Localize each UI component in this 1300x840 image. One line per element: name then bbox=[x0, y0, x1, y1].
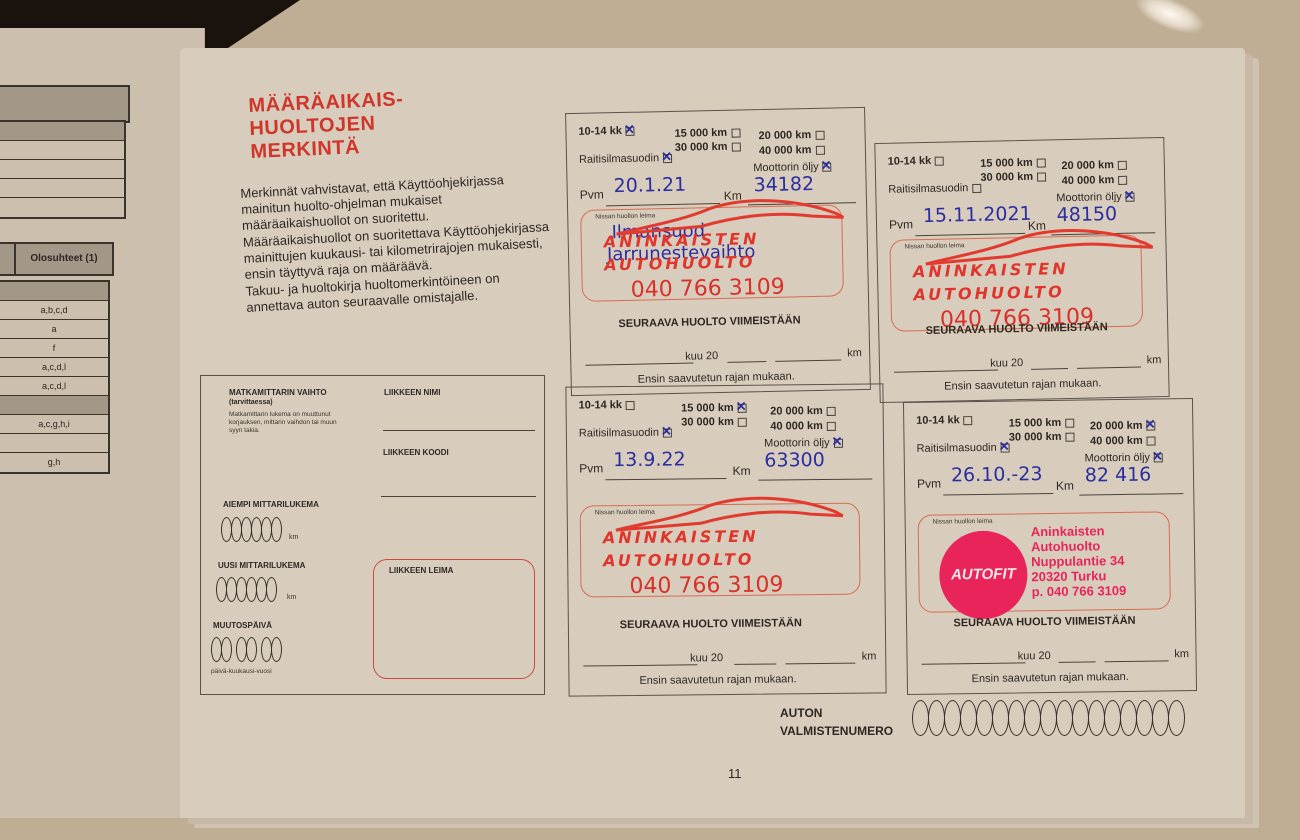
conditions-row: a,c,d,l bbox=[0, 377, 108, 396]
label-air-filter: Raitisilmasuodin bbox=[579, 427, 659, 440]
vin-field[interactable] bbox=[912, 700, 1184, 736]
stamp-label: Nissan huollon leima bbox=[933, 518, 993, 526]
new-reading-field[interactable] bbox=[216, 577, 276, 602]
month-year-label: kuu 20 bbox=[1018, 650, 1051, 662]
next-service-label: SEURAAVA HUOLTO VIIMEISTÄÄN bbox=[618, 314, 800, 330]
vin-digit-box[interactable] bbox=[1056, 700, 1073, 736]
label-15000km: 15 000 km bbox=[674, 127, 727, 140]
service-km[interactable]: 34182 bbox=[753, 173, 814, 196]
change-date-label: MUUTOSPÄIVÄ bbox=[213, 621, 272, 630]
vin-digit-box[interactable] bbox=[944, 700, 961, 736]
vin-digit-box[interactable] bbox=[1120, 700, 1137, 736]
vin-digit-box[interactable] bbox=[928, 700, 945, 736]
business-name-field[interactable] bbox=[383, 430, 535, 431]
label-date: Pvm bbox=[889, 217, 913, 231]
checkbox-km20[interactable] bbox=[1118, 160, 1127, 169]
checkbox-air_filter[interactable] bbox=[1001, 443, 1010, 452]
next-service-label: SEURAAVA HUOLTO VIIMEISTÄÄN bbox=[620, 617, 802, 631]
month-year-label: kuu 20 bbox=[990, 357, 1023, 370]
business-stamp-area: LIIKKEEN LEIMA bbox=[373, 559, 535, 679]
service-record-4: 10-14 kk 15 000 km 20 000 km 30 000 km 4… bbox=[903, 398, 1197, 695]
label-air-filter: Raitisilmasuodin bbox=[917, 442, 997, 455]
next-service-label: SEURAAVA HUOLTO VIIMEISTÄÄN bbox=[926, 321, 1108, 337]
left-table-top bbox=[0, 85, 130, 123]
stamp-text-line: Aninkaisten bbox=[1031, 523, 1105, 539]
next-service-label: SEURAAVA HUOLTO VIIMEISTÄÄN bbox=[953, 615, 1135, 630]
label-20000km: 20 000 km bbox=[1090, 420, 1143, 433]
checkbox-air_filter[interactable] bbox=[663, 428, 672, 437]
stamp-text-line: Nuppulantie 34 bbox=[1031, 553, 1124, 569]
stamp-name-1: ANINKAISTEN bbox=[604, 229, 760, 251]
checkbox-engine_oil[interactable] bbox=[1126, 192, 1135, 201]
checkbox-km30[interactable] bbox=[738, 417, 747, 426]
page-number: 11 bbox=[728, 766, 742, 781]
label-date: Pvm bbox=[580, 187, 604, 201]
next-service-km-field[interactable] bbox=[1105, 660, 1169, 662]
label-40000km: 40 000 km bbox=[1062, 174, 1115, 187]
next-service-year-field[interactable] bbox=[735, 663, 776, 664]
service-record-2: 10-14 kk 15 000 km 20 000 km 30 000 km 4… bbox=[874, 137, 1169, 403]
left-table-middle bbox=[0, 120, 126, 219]
label-months: 10-14 kk bbox=[578, 125, 622, 138]
label-date: Pvm bbox=[579, 461, 603, 475]
business-code-field[interactable] bbox=[381, 496, 536, 497]
service-stamp-area: Nissan huollon leima AUTOFIT Aninkaisten… bbox=[918, 511, 1171, 613]
checkbox-km30[interactable] bbox=[1065, 432, 1074, 441]
conditions-row: g,h bbox=[0, 453, 108, 472]
next-service-month-field[interactable] bbox=[583, 664, 697, 666]
first-reached-note: Ensin saavutetun rajan mukaan. bbox=[944, 377, 1101, 392]
vin-label-line: VALMISTENUMERO bbox=[780, 722, 893, 740]
new-reading-label: UUSI MITTARILUKEMA bbox=[218, 561, 305, 570]
conditions-row bbox=[0, 282, 108, 301]
conditions-row: a,c,g,h,i bbox=[0, 415, 108, 434]
label-30000km: 30 000 km bbox=[1009, 431, 1062, 444]
vin-digit-box[interactable] bbox=[1136, 700, 1153, 736]
left-table-conditions: a,b,c,dafa,c,d,la,c,d,la,c,g,h,ig,h bbox=[0, 280, 110, 474]
checkbox-km15[interactable] bbox=[738, 403, 747, 412]
checkbox-km15[interactable] bbox=[1065, 418, 1074, 427]
change-date-field[interactable] bbox=[211, 637, 281, 662]
checkbox-km20[interactable] bbox=[827, 406, 836, 415]
first-reached-note: Ensin saavutetun rajan mukaan. bbox=[638, 370, 795, 385]
km-unit-label: km bbox=[847, 347, 862, 359]
label-40000km: 40 000 km bbox=[770, 420, 823, 433]
previous-reading-label: AIEMPI MITTARILUKEMA bbox=[223, 500, 319, 509]
vin-digit-box[interactable] bbox=[1168, 700, 1185, 736]
stamp-name-2: AUTOHUOLTO bbox=[913, 282, 1065, 304]
next-service-km-field[interactable] bbox=[786, 663, 856, 665]
checkbox-km40[interactable] bbox=[827, 421, 836, 430]
stamp-text-line: p. 040 766 3109 bbox=[1032, 583, 1127, 599]
stamp-text-line: Autohuolto bbox=[1031, 538, 1101, 554]
label-air-filter: Raitisilmasuodin bbox=[579, 152, 659, 166]
conditions-row bbox=[0, 396, 108, 415]
conditions-row: a bbox=[0, 320, 108, 339]
month-year-label: kuu 20 bbox=[685, 350, 718, 363]
left-table-header: Olosuhteet (1) bbox=[0, 242, 114, 276]
label-engine-oil: Moottorin öljy bbox=[764, 437, 830, 450]
checkbox-km15[interactable] bbox=[731, 128, 740, 137]
odometer-description: Matkamittarin lukema on muuttunut korjau… bbox=[229, 411, 349, 435]
label-20000km: 20 000 km bbox=[758, 129, 811, 142]
km-unit-label: km bbox=[862, 650, 877, 662]
page-heading: MÄÄRÄAIKAIS- HUOLTOJEN MERKINTÄ bbox=[248, 88, 406, 164]
vin-digit-box[interactable] bbox=[1040, 700, 1057, 736]
conditions-row: f bbox=[0, 339, 108, 358]
odometer-subtitle: (tarvittaessa) bbox=[229, 399, 273, 406]
service-stamp-area: Nissan huollon leima ANINKAISTEN AUTOHUO… bbox=[889, 234, 1143, 331]
label-15000km: 15 000 km bbox=[681, 402, 734, 415]
first-reached-note: Ensin saavutetun rajan mukaan. bbox=[639, 673, 796, 687]
km-field-line[interactable] bbox=[758, 478, 872, 480]
label-months: 10-14 kk bbox=[579, 399, 623, 411]
checkbox-km20[interactable] bbox=[815, 130, 824, 139]
checkbox-months[interactable] bbox=[935, 156, 944, 165]
stamp-name-1: ANINKAISTEN bbox=[913, 259, 1069, 281]
checkbox-engine_oil[interactable] bbox=[1154, 453, 1163, 462]
vin-digit-box[interactable] bbox=[1152, 700, 1169, 736]
service-stamp-area: Nissan huollon leima ANINKAISTEN AUTOHUO… bbox=[580, 503, 861, 598]
checkbox-months[interactable] bbox=[626, 401, 635, 410]
checkbox-engine_oil[interactable] bbox=[834, 438, 843, 447]
conditions-row bbox=[0, 434, 108, 453]
km-unit-label: km bbox=[1174, 648, 1189, 660]
checkbox-km20[interactable] bbox=[1146, 421, 1155, 430]
service-date[interactable]: 20.1.21 bbox=[613, 174, 686, 198]
vin-digit-box[interactable] bbox=[1024, 700, 1041, 736]
checkbox-engine_oil[interactable] bbox=[823, 162, 832, 171]
label-months: 10-14 kk bbox=[888, 155, 932, 168]
label-air-filter: Raitisilmasuodin bbox=[888, 182, 968, 196]
next-service-month-field[interactable] bbox=[922, 662, 1026, 664]
first-reached-note: Ensin saavutetun rajan mukaan. bbox=[972, 671, 1129, 685]
vin-digit-box[interactable] bbox=[1104, 700, 1121, 736]
light-glare bbox=[1132, 0, 1207, 40]
checkbox-air_filter[interactable] bbox=[663, 154, 672, 163]
label-20000km: 20 000 km bbox=[1061, 159, 1114, 172]
odometer-change-box: MATKAMITTARIN VAIHTO (tarvittaessa) Matk… bbox=[200, 375, 545, 695]
olosuhteet-header: Olosuhteet (1) bbox=[14, 244, 112, 274]
km-unit: km bbox=[289, 534, 298, 541]
vin-label-line: AUTON bbox=[780, 704, 893, 722]
conditions-row: a,c,d,l bbox=[0, 358, 108, 377]
next-service-month-field[interactable] bbox=[585, 363, 693, 366]
date-field-line[interactable] bbox=[943, 493, 1053, 496]
vin-digit-box[interactable] bbox=[1008, 700, 1025, 736]
business-stamp-label: LIIKKEEN LEIMA bbox=[389, 566, 453, 575]
vin-digit-box[interactable] bbox=[1072, 700, 1089, 736]
checkbox-km30[interactable] bbox=[1037, 172, 1046, 181]
vin-digit-box[interactable] bbox=[992, 700, 1009, 736]
intro-text: Merkinnät vahvistavat, että Käyttöohjeki… bbox=[240, 170, 556, 317]
label-km: Km bbox=[733, 464, 751, 478]
vin-digit-box[interactable] bbox=[1088, 700, 1105, 736]
stamp-phone: 040 766 3109 bbox=[631, 275, 785, 303]
checkbox-km40[interactable] bbox=[1147, 436, 1156, 445]
next-service-year-field[interactable] bbox=[727, 361, 766, 363]
service-km[interactable]: 63300 bbox=[764, 449, 825, 472]
previous-reading-field[interactable] bbox=[221, 517, 281, 542]
business-code-label: LIIKKEEN KOODI bbox=[383, 448, 449, 457]
service-stamp-area: Nissan huollon leima IlmansuodJarruneste… bbox=[580, 204, 844, 301]
next-service-year-field[interactable] bbox=[1058, 661, 1096, 663]
autofit-logo: AUTOFIT bbox=[939, 530, 1028, 619]
km-field-line[interactable] bbox=[1079, 493, 1183, 495]
stamp-name-2: AUTOHUOLTO bbox=[604, 252, 756, 274]
date-field-line[interactable] bbox=[605, 478, 726, 480]
checkbox-km40[interactable] bbox=[1118, 175, 1127, 184]
label-30000km: 30 000 km bbox=[681, 416, 734, 429]
label-30000km: 30 000 km bbox=[675, 141, 728, 154]
checkbox-air_filter[interactable] bbox=[972, 183, 981, 192]
km-unit: km bbox=[287, 594, 296, 601]
label-40000km: 40 000 km bbox=[759, 144, 812, 157]
service-km[interactable]: 82 416 bbox=[1085, 464, 1152, 487]
checkbox-months[interactable] bbox=[626, 126, 635, 135]
checkbox-km40[interactable] bbox=[815, 145, 824, 154]
stamp-name-1: ANINKAISTEN bbox=[603, 527, 759, 548]
stamp-name-2: AUTOHUOLTO bbox=[603, 550, 754, 571]
odometer-title: MATKAMITTARIN VAIHTO bbox=[229, 388, 327, 397]
checkbox-km15[interactable] bbox=[1037, 158, 1046, 167]
next-service-km-field[interactable] bbox=[775, 359, 841, 361]
checkbox-km30[interactable] bbox=[731, 142, 740, 151]
next-service-year-field[interactable] bbox=[1031, 368, 1069, 370]
vin-digit-box[interactable] bbox=[912, 700, 929, 736]
vin-digit-box[interactable] bbox=[960, 700, 977, 736]
business-name-label: LIIKKEEN NIMI bbox=[384, 388, 440, 397]
label-15000km: 15 000 km bbox=[1009, 417, 1062, 430]
service-km[interactable]: 48150 bbox=[1056, 203, 1117, 226]
label-40000km: 40 000 km bbox=[1090, 435, 1143, 448]
label-30000km: 30 000 km bbox=[980, 171, 1033, 184]
label-20000km: 20 000 km bbox=[770, 405, 823, 418]
vin-digit-box[interactable] bbox=[976, 700, 993, 736]
vin-label: AUTON VALMISTENUMERO bbox=[780, 704, 893, 740]
month-year-label: kuu 20 bbox=[690, 652, 723, 664]
service-date[interactable]: 13.9.22 bbox=[613, 448, 686, 471]
conditions-row: a,b,c,d bbox=[0, 301, 108, 320]
service-date[interactable]: 26.10.-23 bbox=[951, 463, 1043, 486]
stamp-text-line: 20320 Turku bbox=[1031, 568, 1106, 584]
service-record-3: 10-14 kk 15 000 km 20 000 km 30 000 km 4… bbox=[565, 383, 886, 696]
km-unit-label: km bbox=[1147, 354, 1162, 366]
next-service-month-field[interactable] bbox=[894, 370, 998, 373]
label-date: Pvm bbox=[917, 477, 941, 491]
next-service-km-field[interactable] bbox=[1077, 367, 1141, 369]
service-date[interactable]: 15.11.2021 bbox=[923, 203, 1032, 227]
date-format-hint: päivä-kuukausi-vuosi bbox=[211, 668, 272, 676]
label-km: Km bbox=[1056, 479, 1074, 493]
label-engine-oil: Moottorin öljy bbox=[1084, 452, 1150, 465]
label-15000km: 15 000 km bbox=[980, 157, 1033, 170]
stamp-phone: 040 766 3109 bbox=[629, 572, 783, 599]
service-record-1: 10-14 kk 15 000 km 20 000 km 30 000 km 4… bbox=[565, 107, 871, 396]
label-months: 10-14 kk bbox=[916, 414, 960, 427]
checkbox-months[interactable] bbox=[964, 416, 973, 425]
